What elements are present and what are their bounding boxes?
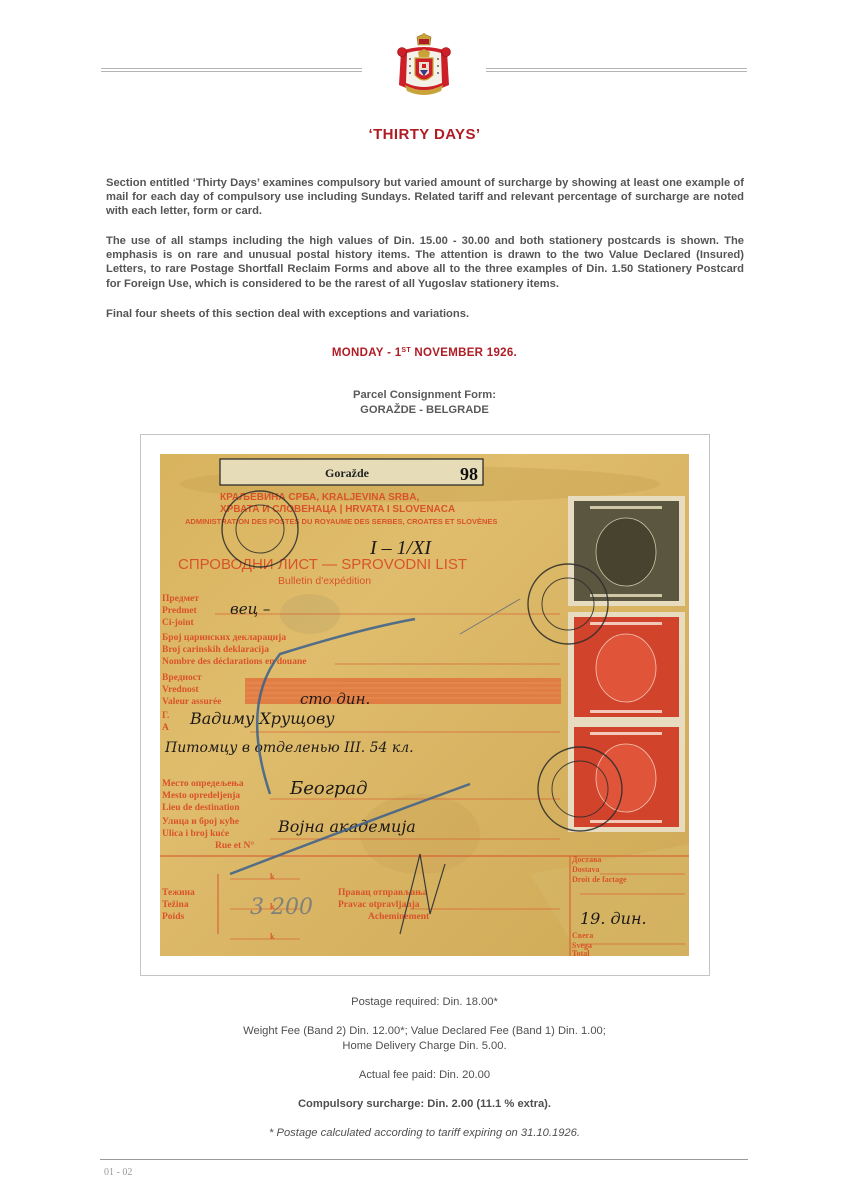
svg-text:Vrednost: Vrednost: [162, 685, 199, 695]
form-header-line-3: ADMINISTRATION DES POSTES DU ROYAUME DES…: [185, 517, 497, 526]
tariff-footnote: * Postage calculated according to tariff…: [0, 1126, 849, 1140]
form-subtitle: Bulletin d'expédition: [278, 575, 371, 587]
item-route: GORAŽDE - BELGRADE: [0, 404, 849, 416]
intro-paragraph: Final four sheets of this section deal w…: [106, 307, 744, 321]
svg-text:Mesto opredeljenja: Mesto opredeljenja: [162, 791, 240, 801]
svg-text:Total: Total: [572, 949, 590, 956]
svg-text:Улица и број куће: Улица и број куће: [162, 816, 239, 827]
svg-text:Предмет: Предмет: [162, 594, 199, 604]
field-value-addressee: Вадиму Хрущову: [189, 709, 335, 728]
header-rule-left: [101, 68, 362, 72]
svg-text:Тежина: Тежина: [162, 888, 195, 898]
stamp-3-dinar: [568, 722, 685, 832]
parcel-consignment-form-image: Goražde 98 КРАЉЕВИНА СРБА, KRALJEVINA SR…: [160, 454, 689, 956]
item-type: Parcel Consignment Form:: [0, 389, 849, 401]
stamp-10-dinar: [568, 496, 685, 606]
field-value-address: Питомцу в отделенью ІІІ. 54 кл.: [164, 740, 414, 756]
svg-text:Acheminement: Acheminement: [368, 912, 430, 922]
section-title: ‘THIRTY DAYS’: [0, 126, 849, 143]
total-value: 19. дин.: [580, 909, 647, 928]
stamp-3-dinar: [568, 612, 685, 722]
office-name: Goražde: [325, 466, 370, 480]
svg-text:Ulica i broj kuće: Ulica i broj kuće: [162, 829, 229, 839]
date-suffix: NOVEMBER 1926.: [411, 347, 517, 359]
svg-text:Poids: Poids: [162, 912, 184, 922]
actual-fee-paid: Actual fee paid: Din. 20.00: [0, 1068, 849, 1082]
form-header-line-1: КРАЉЕВИНА СРБА, KRALJEVINA SRBA,: [220, 492, 419, 503]
field-value-street: Војна академија: [277, 817, 416, 836]
handwritten-date: I – 1/XI: [369, 537, 432, 559]
intro-paragraph: The use of all stamps including the high…: [106, 234, 744, 291]
svg-text:Lieu de destination: Lieu de destination: [162, 803, 240, 813]
field-value-contents: вец –: [230, 600, 270, 618]
svg-text:Valeur assurée: Valeur assurée: [162, 697, 221, 707]
office-number: 98: [460, 464, 478, 484]
weight-value: 3 200: [250, 895, 313, 920]
svg-text:Ci-joint: Ci-joint: [162, 618, 195, 628]
header-rule-right: [486, 68, 747, 72]
date-heading: MONDAY - 1ST NOVEMBER 1926.: [0, 347, 849, 359]
compulsory-surcharge: Compulsory surcharge: Din. 2.00 (11.1 % …: [0, 1097, 849, 1111]
svg-text:Nombre des déclarations en dou: Nombre des déclarations en douane: [162, 657, 306, 667]
svg-text:Broj carinskih deklaracija: Broj carinskih deklaracija: [162, 645, 269, 655]
svg-text:Predmet: Predmet: [162, 606, 197, 616]
svg-text:Dostava: Dostava: [572, 865, 600, 874]
svg-text:k: k: [270, 932, 275, 941]
svg-text:Свега: Свега: [572, 931, 593, 940]
intro-paragraph: Section entitled ‘Thirty Days’ examines …: [106, 176, 744, 219]
svg-text:Težina: Težina: [162, 900, 189, 910]
date-prefix: MONDAY - 1: [332, 347, 401, 359]
field-value-declared: сто дин.: [300, 690, 370, 708]
svg-text:Правац отправљања: Правац отправљања: [338, 888, 428, 898]
svg-text:A: A: [162, 723, 169, 733]
field-value-destination: Београд: [289, 778, 367, 799]
office-label: Goražde 98: [220, 459, 483, 485]
svg-text:Droit de factage: Droit de factage: [572, 875, 627, 884]
postage-required: Postage required: Din. 18.00*: [0, 995, 849, 1009]
item-frame: Goražde 98 КРАЉЕВИНА СРБА, KRALJEVINA SR…: [140, 434, 710, 976]
fee-breakdown-line-1: Weight Fee (Band 2) Din. 12.00*; Value D…: [0, 1024, 849, 1038]
svg-text:k: k: [270, 872, 275, 881]
page-number: 01 - 02: [104, 1167, 132, 1178]
svg-text:Вредност: Вредност: [162, 673, 202, 683]
date-ordinal: ST: [401, 347, 411, 354]
coat-of-arms-icon: [393, 33, 455, 101]
svg-text:Г.: Г.: [162, 711, 169, 721]
svg-text:Место опредељења: Место опредељења: [162, 779, 244, 789]
fee-breakdown-line-2: Home Delivery Charge Din. 5.00.: [0, 1039, 849, 1053]
svg-text:Број царинских декларација: Број царинских декларација: [162, 632, 286, 643]
footer-rule: [100, 1159, 748, 1160]
value-declared-band: [245, 678, 561, 704]
svg-text:Rue et N°: Rue et N°: [215, 840, 254, 851]
